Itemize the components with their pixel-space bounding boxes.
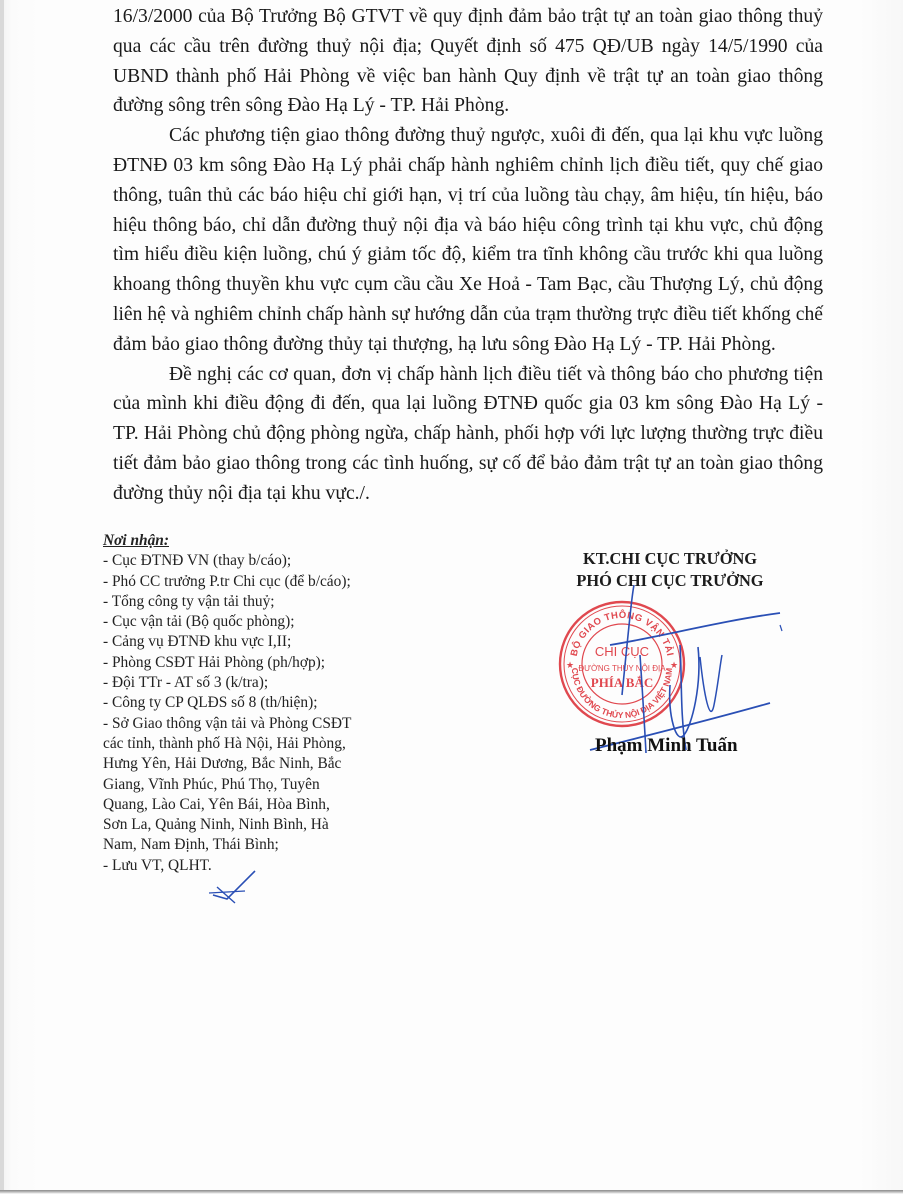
initials-mark-icon <box>205 865 265 905</box>
document-body: 16/3/2000 của Bộ Trưởng Bộ GTVT về quy đ… <box>113 2 823 509</box>
recipient-item: - Sở Giao thông vận tải và Phòng CSĐT cá… <box>103 714 353 856</box>
recipients-title: Nơi nhận: <box>103 531 353 551</box>
paragraph-request-compliance: Đề nghị các cơ quan, đơn vị chấp hành lị… <box>113 360 823 509</box>
recipient-item: - Phòng CSĐT Hải Phòng (ph/hợp); <box>103 653 353 673</box>
paragraph-legal-references: 16/3/2000 của Bộ Trưởng Bộ GTVT về quy đ… <box>113 2 823 121</box>
signatory-name: Phạm Minh Tuấn <box>595 735 738 757</box>
recipient-item: - Đội TTr - AT số 3 (k/tra); <box>103 673 353 693</box>
recipients-list: Nơi nhận: - Cục ĐTNĐ VN (thay b/cáo); - … <box>103 531 353 876</box>
recipient-item: - Cục ĐTNĐ VN (thay b/cáo); <box>103 551 353 571</box>
recipient-item: - Cục vận tải (Bộ quốc phòng); <box>103 612 353 632</box>
recipient-item: - Công ty CP QLĐS số 8 (th/hiện); <box>103 693 353 713</box>
handwritten-signature-icon <box>570 585 800 760</box>
scan-left-shadow <box>0 0 4 1200</box>
recipient-item: - Phó CC trưởng P.tr Chi cục (để b/cáo); <box>103 572 353 592</box>
signature-title-line1: KT.CHI CỤC TRƯỞNG <box>540 548 800 570</box>
recipient-item: - Cảng vụ ĐTNĐ khu vực I,II; <box>103 632 353 652</box>
recipient-item: - Tổng công ty vận tải thuỷ; <box>103 592 353 612</box>
paragraph-vessel-requirements: Các phương tiện giao thông đường thuỷ ng… <box>113 121 823 359</box>
scan-bottom-edge <box>0 1190 903 1200</box>
